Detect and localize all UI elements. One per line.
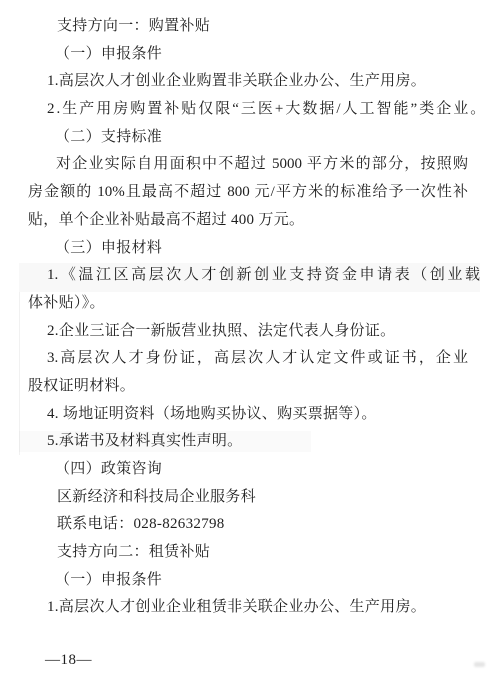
doc-line-item: 1.高层次人才创业企业租赁非关联企业办公、生产用房。: [28, 594, 476, 622]
doc-line-item: 2.企业三证合一新版营业执照、法定代表人身份证。: [28, 318, 476, 346]
doc-line-body: 对企业实际自用面积中不超过 5000 平方米的部分，按照购: [28, 151, 468, 179]
page-number: —18—: [45, 651, 92, 669]
doc-line-item: 4. 场地证明资料（场地购买协议、购买票据等）。: [28, 401, 476, 429]
document-text-block: 支持方向一：购置补贴 （一）申报条件 1.高层次人才创业企业购置非关联企业办公、…: [28, 13, 476, 622]
doc-line-subheading: （四）政策咨询: [28, 456, 476, 484]
scan-artifact-smudge: [474, 662, 485, 667]
doc-line-subheading: （一）申报条件: [28, 567, 476, 595]
doc-line-body: 房金额的 10%且最高不超过 800 元/平方米的标准给予一次性补: [28, 179, 468, 207]
doc-line-subheading: （二）支持标准: [28, 124, 476, 152]
doc-line-body: 体补贴）》。: [28, 290, 476, 318]
doc-line-subheading: （三）申报材料: [28, 235, 476, 263]
document-page: 支持方向一：购置补贴 （一）申报条件 1.高层次人才创业企业购置非关联企业办公、…: [0, 0, 501, 677]
doc-line-item: 2.生产用房购置补贴仅限“三医+大数据/人工智能”类企业。: [28, 96, 476, 124]
doc-line-heading: 支持方向二：租赁补贴: [28, 539, 476, 567]
doc-line-item: 1.高层次人才创业企业购置非关联企业办公、生产用房。: [28, 68, 476, 96]
doc-line-item: 5.承诺书及材料真实性声明。: [28, 428, 476, 456]
doc-line-item: 1.《温江区高层次人才创新创业支持资金申请表（创业载: [28, 262, 480, 290]
doc-line-contact: 联系电话：028-82632798: [28, 511, 476, 539]
doc-line-item: 3.高层次人才身份证，高层次人才认定文件或证书，企业: [28, 345, 468, 373]
doc-line-body: 区新经济和科技局企业服务科: [28, 484, 476, 512]
doc-line-body: 股权证明材料。: [28, 373, 476, 401]
doc-line-heading: 支持方向一：购置补贴: [28, 13, 476, 41]
doc-line-subheading: （一）申报条件: [28, 41, 476, 69]
doc-line-body: 贴，单个企业补贴最高不超过 400 万元。: [28, 207, 476, 235]
